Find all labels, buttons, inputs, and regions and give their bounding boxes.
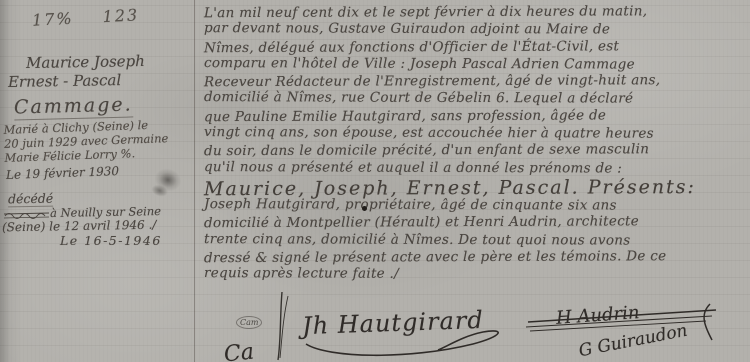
pencil-smudge xyxy=(146,164,184,204)
act-line: domicilié à Nîmes, rue Court de Gébelin … xyxy=(204,90,750,109)
act-numbers: 17% 123 xyxy=(32,5,140,30)
act-line: par devant nous, Gustave Guiraudon adjoi… xyxy=(204,20,750,39)
act-line: que Pauline Emilie Hautgirard, sans prof… xyxy=(204,107,750,127)
act-line: du soir, dans le domicile précité, d'un … xyxy=(204,141,750,161)
signature-father-partial: Ca xyxy=(223,340,255,362)
margin-divider-line xyxy=(194,0,195,362)
registry-number: 123 xyxy=(102,5,139,26)
signature-flourish xyxy=(288,326,528,362)
death-note-date: (Seine) le 12 avril 1946 ./ xyxy=(2,218,157,235)
ink-blot xyxy=(362,206,367,211)
act-line: qu'il nous a présenté et auquel il a don… xyxy=(204,159,750,178)
act-line: Nîmes, délégué aux fonctions d'Officier … xyxy=(204,37,750,57)
act-line-child-names: Maurice, Joseph, Ernest, Pascal. Présent… xyxy=(204,176,750,198)
act-number: 17% xyxy=(32,9,74,30)
mention-date: Le 16-5-1946 xyxy=(60,233,162,248)
margin-child-names-line2: Ernest - Pascal xyxy=(8,71,122,91)
act-line: trente cinq ans, domicilié à Nîmes. De t… xyxy=(204,231,750,250)
registry-page: 17% 123 Maurice Joseph Ernest - Pascal C… xyxy=(0,0,750,362)
margin-child-names-line1: Maurice Joseph xyxy=(26,52,145,72)
act-line: requis après lecture faite ./ xyxy=(204,265,750,284)
pencil-annotation: Cam xyxy=(236,316,262,329)
act-body-text: L'an mil neuf cent dix et le sept févrie… xyxy=(204,4,750,283)
death-note-word: décédé xyxy=(8,191,53,208)
marriage-note-date: Le 19 février 1930 xyxy=(6,164,119,182)
margin-surname: Cammage. xyxy=(14,93,133,120)
act-line: domicilié à Montpellier (Hérault) et Hen… xyxy=(204,213,750,233)
margin-marriage-note: Marié à Clichy (Seine) le 20 juin 1929 a… xyxy=(3,117,169,165)
